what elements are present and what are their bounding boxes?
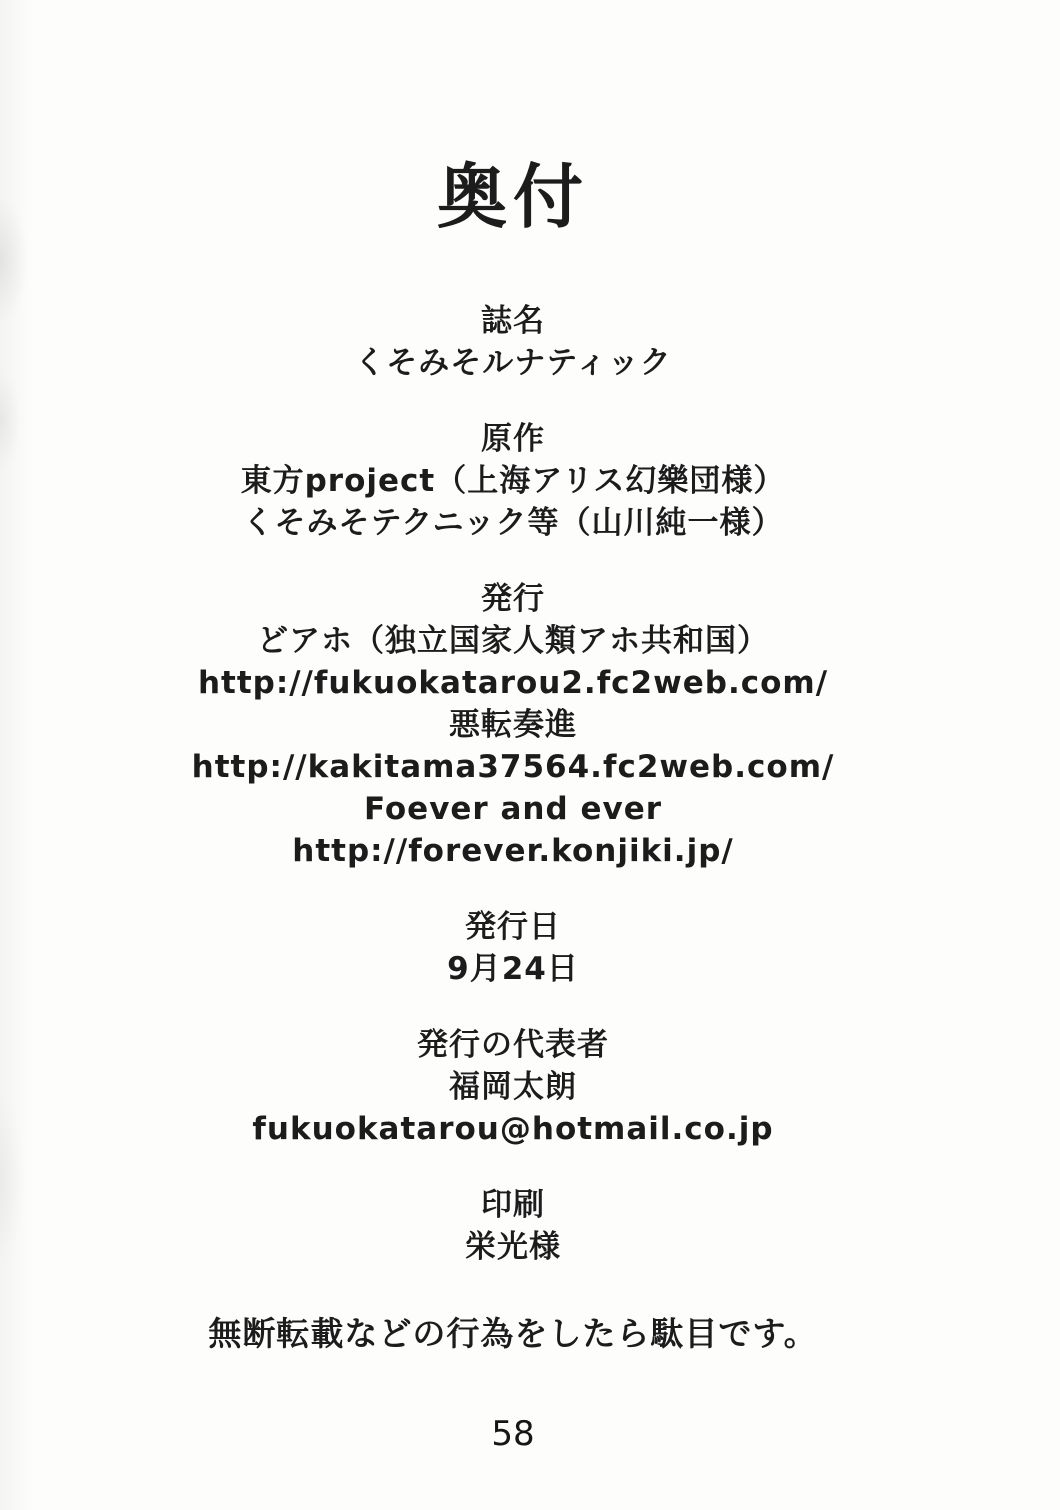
- representative-name: 福岡太朗: [0, 1066, 1043, 1108]
- original-work-kusomiso: くそみそテクニック等（山川純一様）: [0, 502, 1043, 544]
- publisher-url-1: http://fukuokatarou2.fc2web.com/: [0, 662, 1043, 704]
- section-label-printing: 印刷: [0, 1184, 1043, 1226]
- original-work-touhou: 東方project（上海アリス幻樂団様）: [0, 460, 1043, 502]
- section-label-magazine-name: 誌名: [0, 300, 1043, 342]
- page-number: 58: [0, 1414, 1026, 1454]
- section-representative: 発行の代表者 福岡太朗 fukuokatarou@hotmail.co.jp: [0, 1024, 1043, 1150]
- publisher-url-2: http://kakitama37564.fc2web.com/: [0, 746, 1043, 788]
- publisher-circle-1: どアホ（独立国家人類アホ共和国）: [0, 620, 1043, 662]
- colophon-page: 奥付 誌名 くそみそルナティック 原作 東方project（上海アリス幻樂団様）…: [0, 0, 1060, 1510]
- publisher-circle-2: 悪転奏進: [0, 704, 1043, 746]
- publisher-url-3: http://forever.konjiki.jp/: [0, 830, 1043, 872]
- publication-date: 9月24日: [0, 948, 1043, 990]
- section-label-publisher: 発行: [0, 578, 1043, 620]
- page-title: 奥付: [0, 148, 1043, 246]
- representative-email: fukuokatarou@hotmail.co.jp: [0, 1108, 1043, 1150]
- copyright-notice: 無断転載などの行為をしたら駄目です。: [0, 1312, 1043, 1356]
- publisher-circle-3: Foever and ever: [0, 788, 1043, 830]
- section-original-work: 原作 東方project（上海アリス幻樂団様） くそみそテクニック等（山川純一様…: [0, 418, 1043, 544]
- section-label-representative: 発行の代表者: [0, 1024, 1043, 1066]
- colophon-content: 奥付 誌名 くそみそルナティック 原作 東方project（上海アリス幻樂団様）…: [0, 148, 1043, 1356]
- magazine-name: くそみそルナティック: [0, 342, 1043, 384]
- section-publisher: 発行 どアホ（独立国家人類アホ共和国） http://fukuokatarou2…: [0, 578, 1043, 872]
- section-magazine-name: 誌名 くそみそルナティック: [0, 300, 1043, 384]
- section-printing: 印刷 栄光様: [0, 1184, 1043, 1268]
- section-label-publication-date: 発行日: [0, 906, 1043, 948]
- printer-name: 栄光様: [0, 1226, 1043, 1268]
- section-label-original-work: 原作: [0, 418, 1043, 460]
- section-publication-date: 発行日 9月24日: [0, 906, 1043, 990]
